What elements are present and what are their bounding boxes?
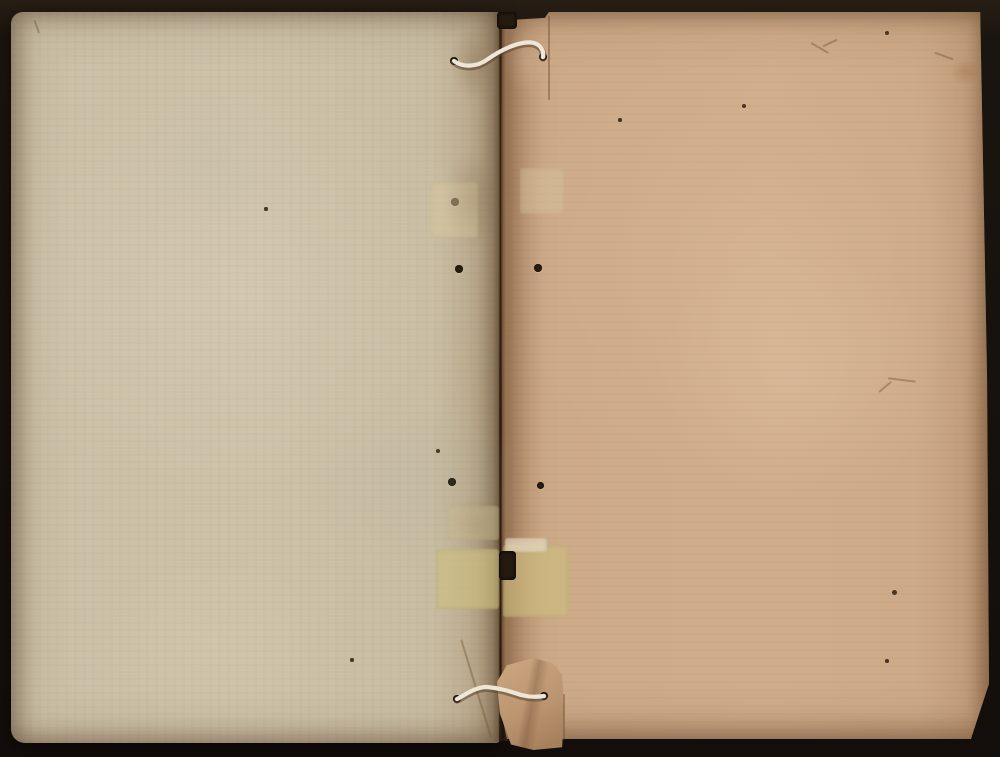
paper-speck	[892, 590, 897, 595]
paper-speck	[885, 31, 889, 35]
tape-patch	[520, 168, 564, 214]
punch-hole	[455, 265, 463, 273]
stain-mark	[443, 150, 503, 250]
punch-hole	[534, 264, 542, 272]
paper-speck	[350, 658, 353, 661]
paper-speck	[742, 104, 746, 108]
stain-mark	[80, 560, 340, 720]
binding-string-top-icon	[438, 26, 556, 72]
spine-gutter-crease	[499, 12, 502, 741]
binding-string-bottom-icon	[443, 678, 555, 710]
paper-speck	[618, 118, 621, 121]
stain-mark	[452, 495, 502, 555]
stain-mark	[120, 90, 310, 240]
photo-stage	[0, 0, 1000, 757]
paper-speck	[885, 659, 889, 663]
stain-mark	[950, 58, 980, 86]
page-edge-line	[563, 694, 565, 740]
stain-mark	[300, 400, 540, 570]
spine-gap-hole	[499, 551, 516, 580]
